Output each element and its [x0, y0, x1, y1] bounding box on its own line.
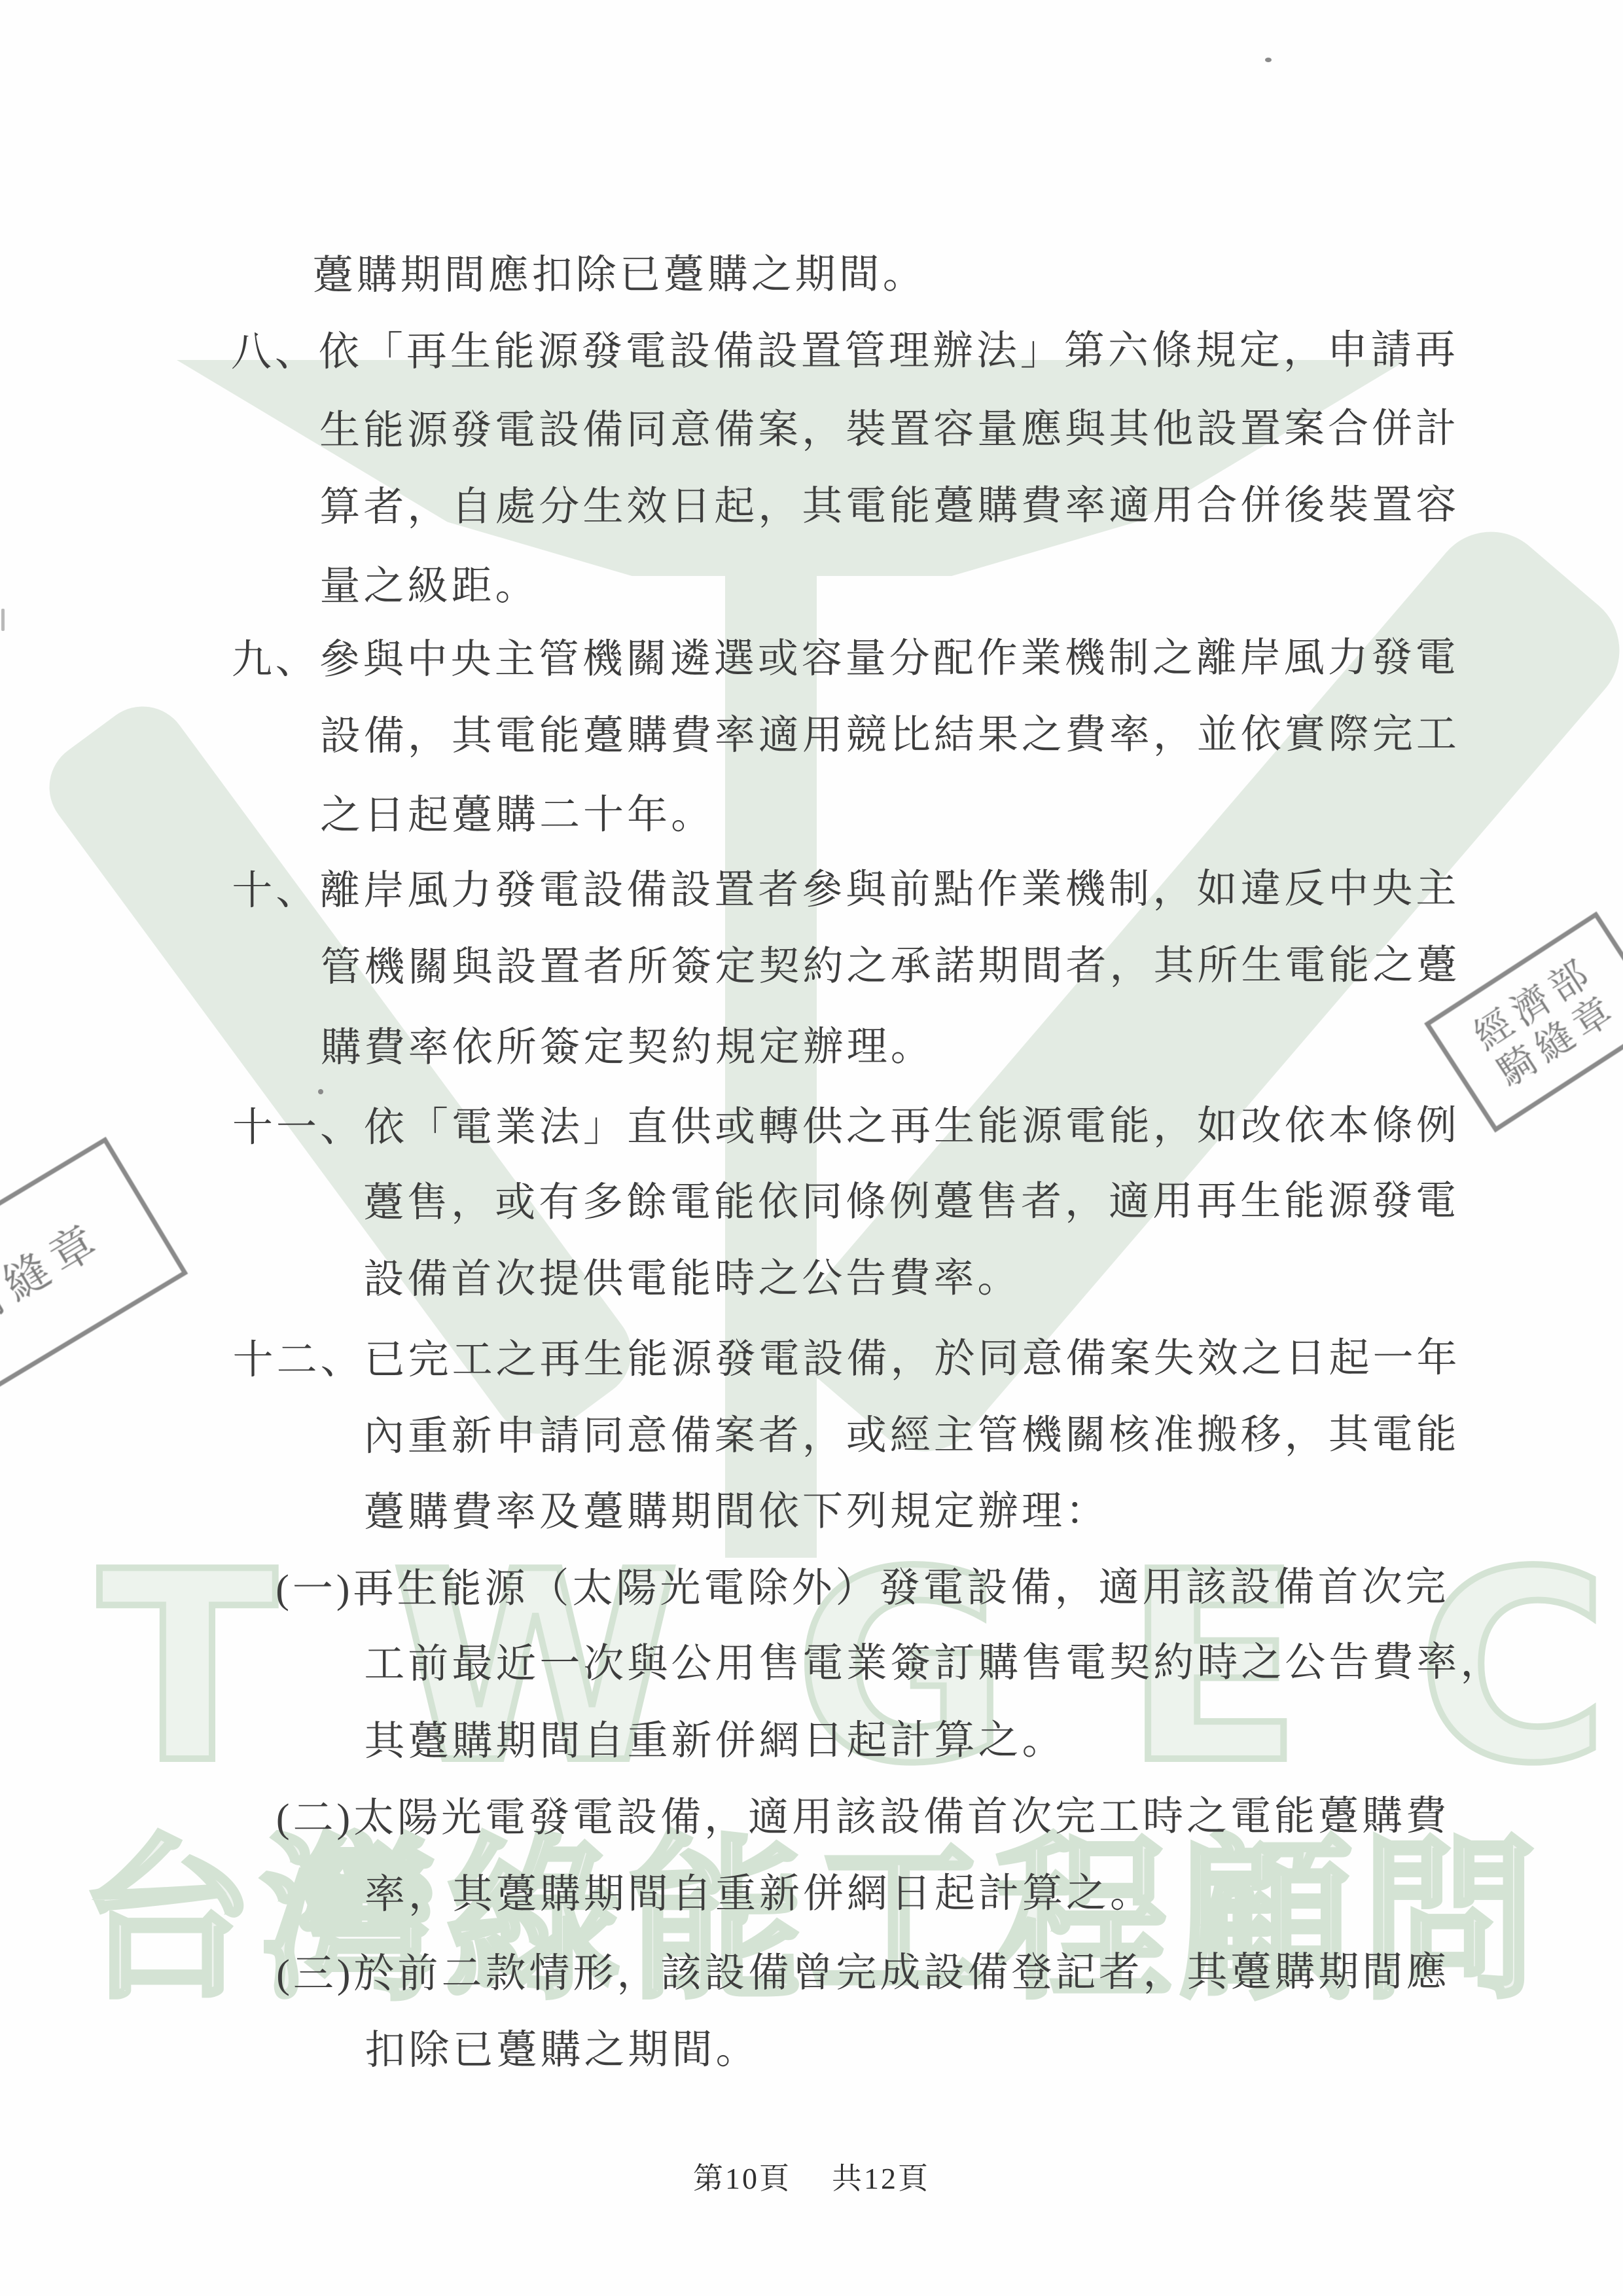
text-line-clause-11: 十一、依「電業法」直供或轉供之再生能源電能，如改依本條例: [232, 1105, 1460, 1149]
document-page: TWGEC 台灣綠能工程顧問 躉購期間應扣除已躉購之期間。 八、依「再生能源發電…: [0, 0, 1623, 2296]
text-line: 其躉購期間自重新併網日起計算之。: [365, 1719, 1066, 1763]
text-line: 內重新申請同意備案者，或經主管機關核准搬移，其電能: [364, 1414, 1460, 1458]
page-total: 共12頁: [832, 2162, 930, 2195]
text-line: 躉售，或有多餘電能依同條例躉售者，適用再生能源發電: [363, 1180, 1459, 1224]
text-line: 管機關與設置者所簽定契約之承諾期間者，其所生電能之躉: [320, 944, 1460, 988]
text-line: 扣除已躉購之期間。: [365, 2029, 759, 2072]
text-line: 生能源發電設備同意備案，裝置容量應與其他設置案合併計: [319, 408, 1459, 452]
text-line: 設備，其電能躉購費率適用競比結果之費率，並依實際完工: [320, 713, 1460, 757]
text-line: 算者，自處分生效日起，其電能躉購費率適用合併後裝置容: [319, 484, 1459, 528]
text-line: 率，其躉購期間自重新併網日起計算之。: [365, 1873, 1154, 1916]
text-line-item-1: (一)再生能源（太陽光電除外）發電設備，適用該設備首次完: [276, 1566, 1449, 1610]
text-line: 量之級距。: [319, 565, 539, 608]
text-line: 之日起躉購二十年。: [320, 794, 715, 836]
text-line: 工前最近一次與公用售電業簽訂購售電契約時之公告費率，: [364, 1641, 1504, 1685]
text-line: 設備首次提供電能時之公告費率。: [363, 1257, 1021, 1300]
text-line-clause-8: 八、依「再生能源發電設備設置管理辦法」第六條規定，申請再: [231, 329, 1459, 373]
document-text: 躉購期間應扣除已躉購之期間。 八、依「再生能源發電設備設置管理辦法」第六條規定，…: [0, 0, 1623, 2296]
stamp-text: 騎縫章: [0, 1213, 112, 1337]
scan-speck: [1265, 58, 1272, 62]
scan-speck: [1, 609, 5, 631]
text-line: 躉購期間應扣除已躉購之期間。: [313, 254, 927, 297]
text-line-clause-10: 十、離岸風力發電設備設置者參與前點作業機制，如違反中央主: [232, 868, 1459, 912]
page-number: 第10頁: [693, 2162, 791, 2195]
text-line-item-3: (三)於前二款情形，該設備曾完成設備登記者，其躉購期間應: [276, 1951, 1450, 1995]
text-line-clause-12: 十二、已完工之再生能源發電設備，於同意備案失效之日起一年: [233, 1337, 1461, 1381]
text-line: 購費率依所簽定契約規定辦理。: [321, 1026, 935, 1069]
scan-speck: [318, 1089, 323, 1094]
text-line-clause-9: 九、參與中央主管機關遴選或容量分配作業機制之離岸風力發電: [232, 637, 1459, 681]
page-footer: 第10頁共12頁: [0, 2155, 1623, 2198]
text-line: 躉購費率及躉購期間依下列規定辦理：: [364, 1490, 1109, 1534]
text-line-item-2: (二)太陽光電發電設備，適用該設備首次完工時之電能躉購費: [276, 1795, 1450, 1839]
